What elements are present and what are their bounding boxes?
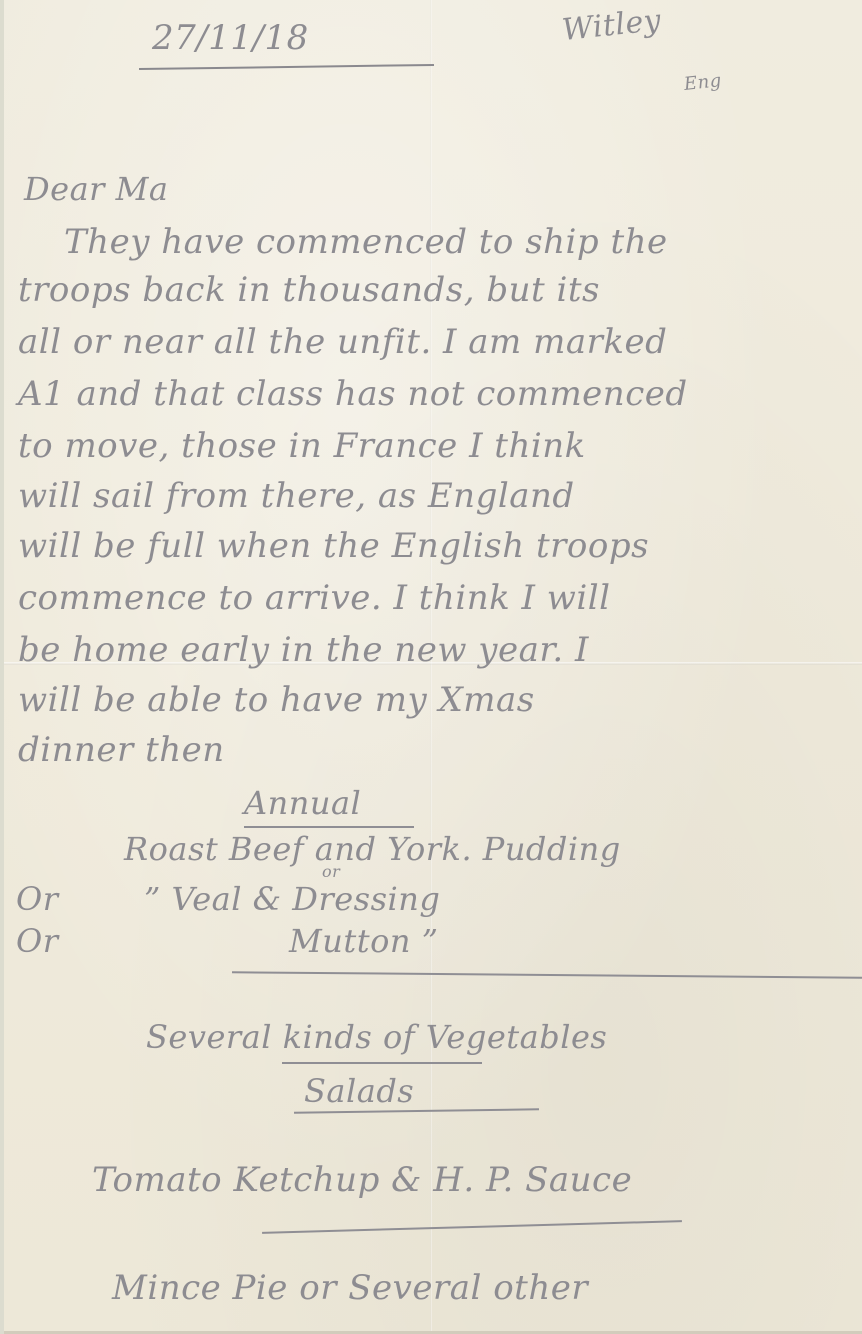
body-line: A1 and that class has not commenced: [18, 374, 688, 414]
menu-main-item: Roast Beef and York. Pudding: [124, 830, 621, 868]
letter-place: Witley: [560, 3, 662, 48]
menu-main-item: ” Veal & Dressing: [144, 880, 440, 918]
menu-salads: Salads: [304, 1072, 414, 1110]
menu-sauces: Tomato Ketchup & H. P. Sauce: [92, 1160, 632, 1200]
section-divider: [232, 971, 862, 978]
menu-heading: Annual: [244, 784, 361, 822]
body-line: will be able to have my Xmas: [18, 680, 535, 720]
body-line: be home early in the new year. I: [18, 630, 589, 670]
menu-main-item: Mutton ”: [289, 922, 439, 960]
menu-vegetables: Several kinds of Vegetables: [146, 1018, 607, 1056]
body-line: commence to arrive. I think I will: [18, 578, 610, 618]
body-line: will sail from there, as England: [18, 476, 575, 516]
body-line: troops back in thousands, but its: [18, 270, 600, 310]
date-underline: [139, 64, 434, 70]
menu-annotation: or: [322, 862, 340, 881]
menu-or-prefix: Or: [16, 880, 59, 918]
body-line: They have commenced to ship the: [64, 222, 668, 262]
menu-or-prefix: Or: [16, 922, 59, 960]
sauces-underline: [262, 1220, 682, 1234]
letter-date: 27/11/18: [152, 18, 309, 58]
body-line: to move, those in France I think: [18, 426, 586, 466]
body-line: all or near all the unfit. I am marked: [18, 322, 667, 362]
body-line: will be full when the English troops: [18, 526, 649, 566]
letter-page: 27/11/18 Witley Eng Dear Ma They have co…: [0, 0, 862, 1334]
letter-place-country: Eng: [683, 70, 723, 95]
salutation: Dear Ma: [24, 170, 168, 208]
menu-heading-underline: [244, 826, 414, 828]
menu-dessert: Mince Pie or Several other: [112, 1268, 588, 1308]
vegetables-underline: [282, 1062, 482, 1064]
body-line: dinner then: [18, 730, 225, 770]
